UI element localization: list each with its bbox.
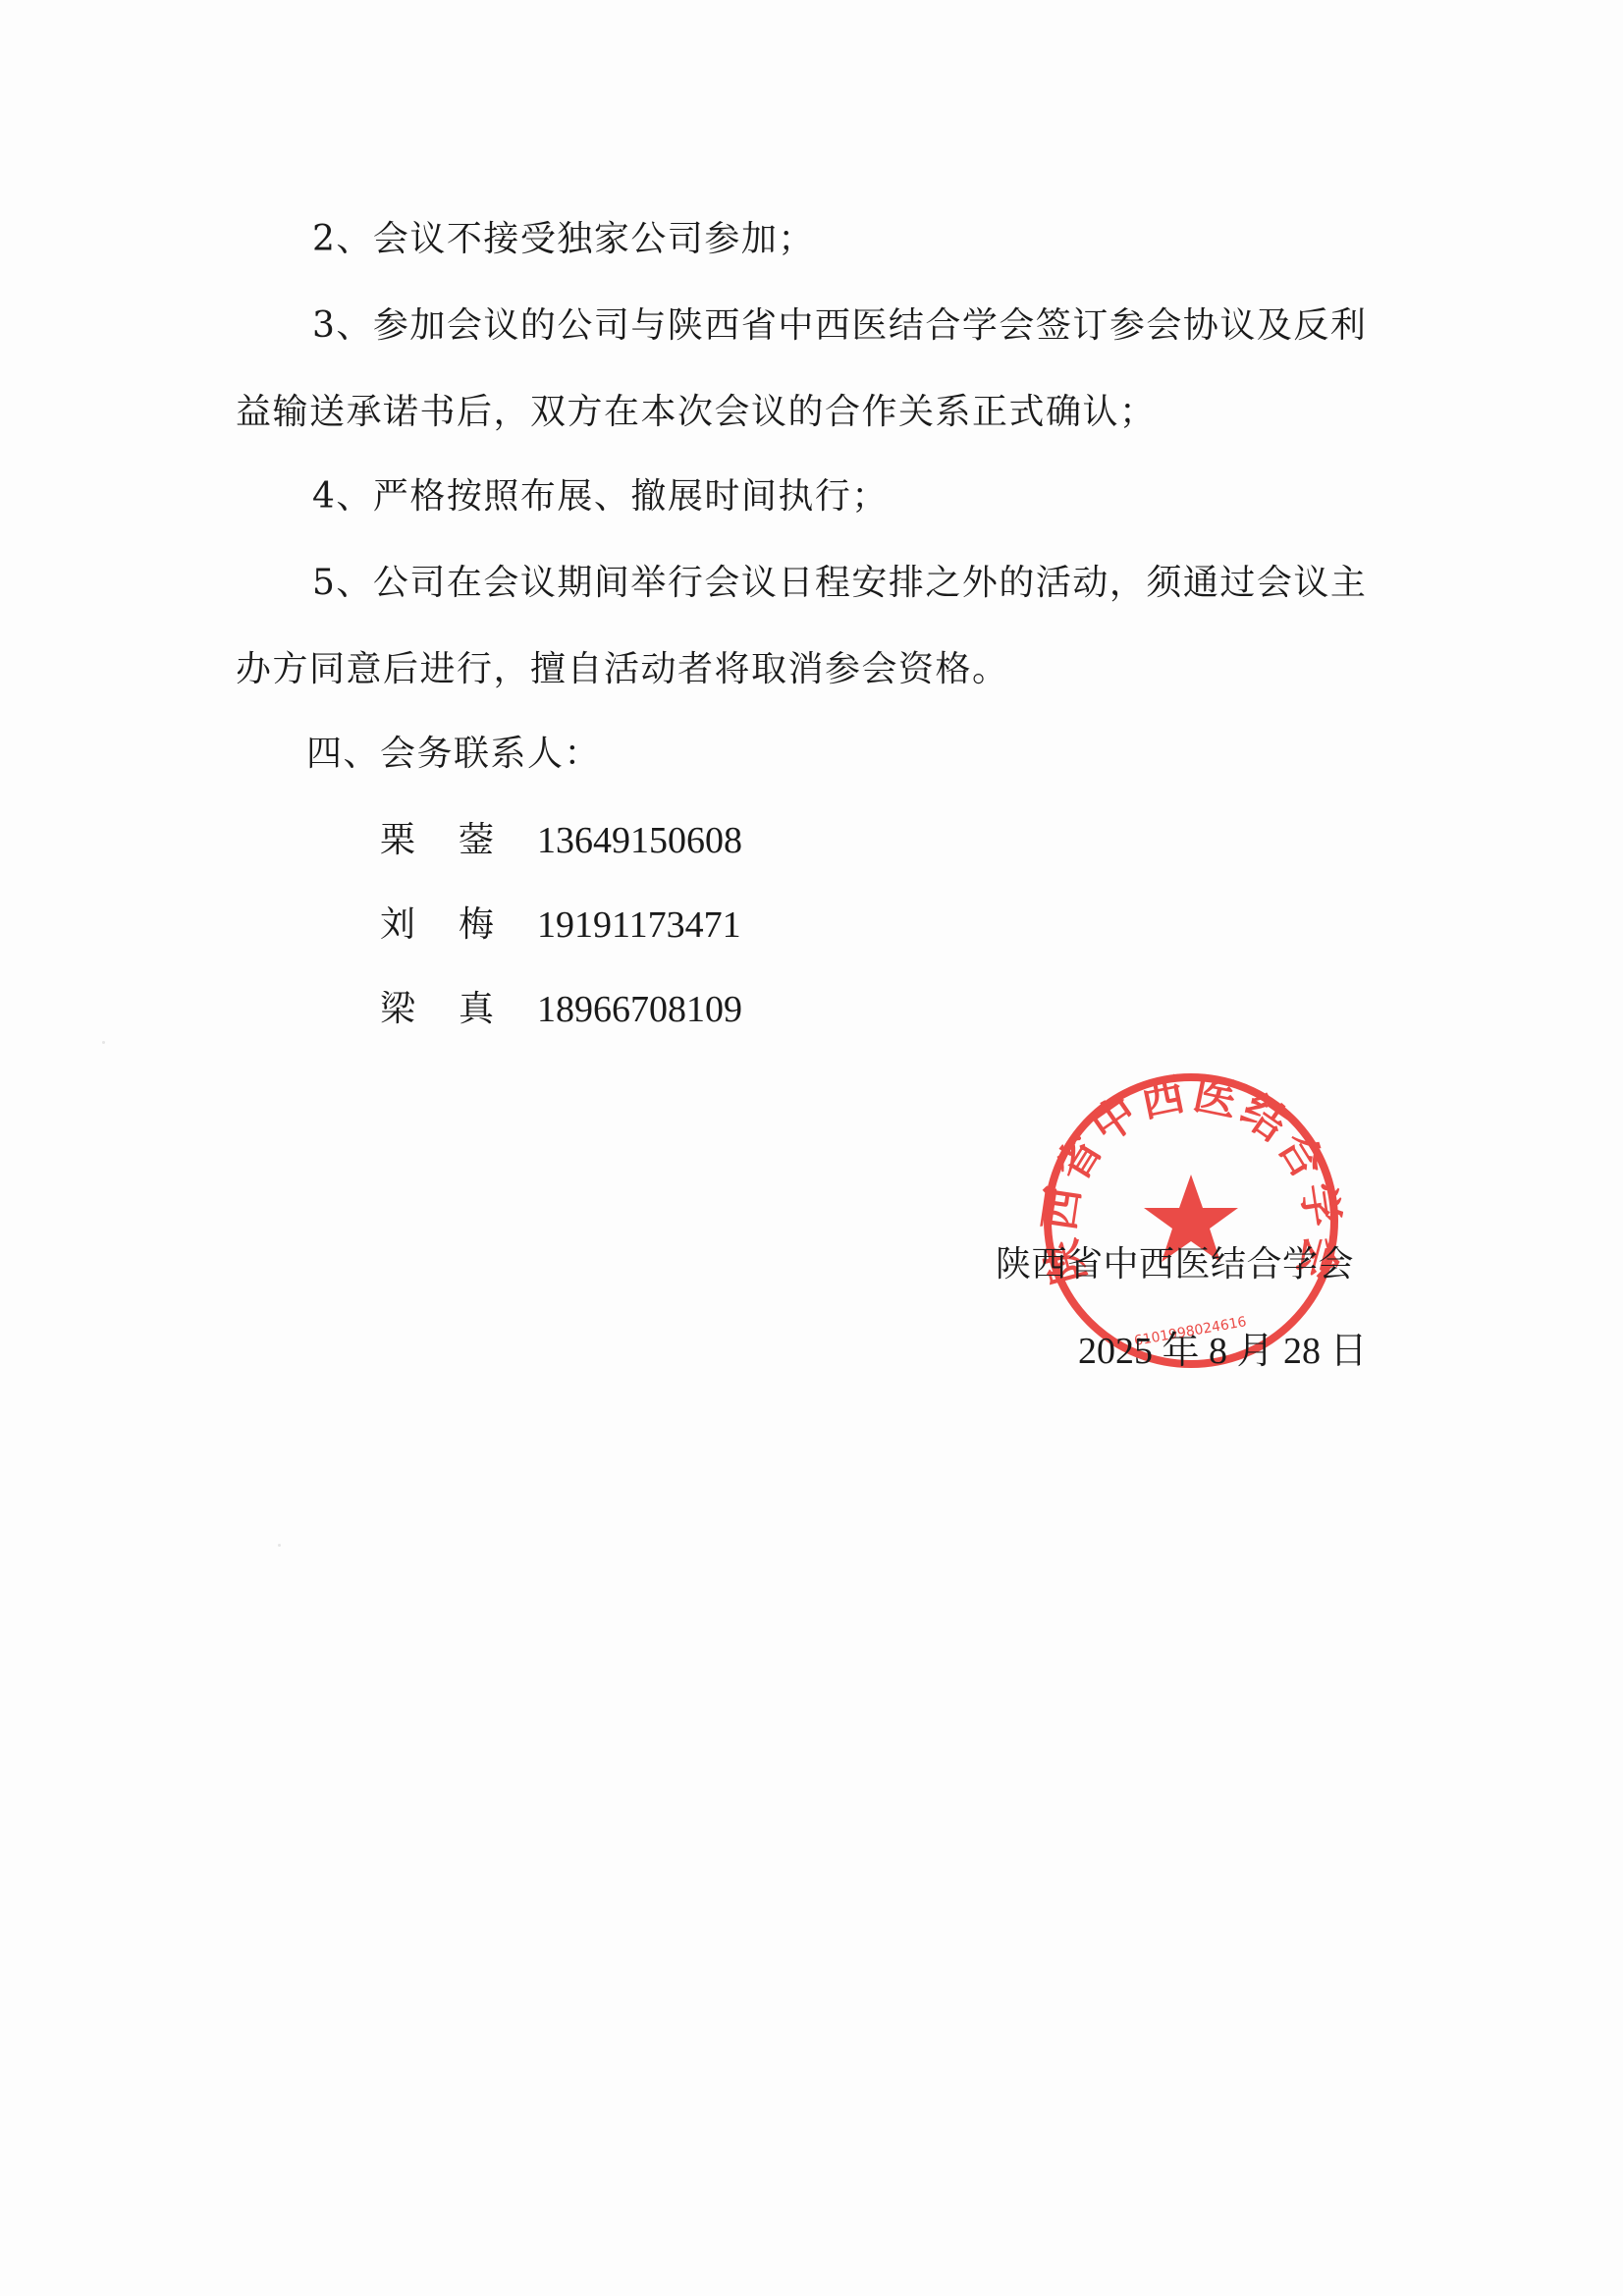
contact-given-name: 梅 [459, 903, 494, 947]
item-2-line-1: 2、会议不接受独家公司参加； [312, 218, 815, 261]
official-seal-stamp: 陕西省中西医结合学会 6101998024616 [1039, 1068, 1343, 1373]
contact-surname: 刘 [380, 903, 415, 947]
contact-phone: 19191173471 [537, 903, 741, 947]
item-3-line-1: 3、参加会议的公司与陕西省中西医结合学会签订参会协议及反利 [312, 304, 1367, 348]
section-heading-contacts: 四、会务联系人： [306, 733, 601, 776]
contact-given-name: 蓥 [459, 819, 494, 862]
signature-date: 2025 年 8 月 28 日 [1078, 1330, 1368, 1373]
contact-given-name: 真 [459, 988, 494, 1031]
item-3-line-2: 益输送承诺书后，双方在本次会议的合作关系正式确认； [236, 391, 1157, 434]
document-page: 2、会议不接受独家公司参加； 3、参加会议的公司与陕西省中西医结合学会签订参会协… [0, 0, 1623, 2296]
scan-speck [278, 1544, 281, 1547]
contact-surname: 梁 [380, 988, 415, 1031]
scan-speck [102, 1041, 105, 1044]
signature-organization: 陕西省中西医结合学会 [996, 1243, 1354, 1286]
contact-surname: 栗 [380, 819, 415, 862]
item-5-line-1: 5、公司在会议期间举行会议日程安排之外的活动，须通过会议主 [312, 562, 1367, 605]
item-5-line-2: 办方同意后进行，擅自活动者将取消参会资格。 [236, 648, 1009, 691]
contact-phone: 13649150608 [537, 819, 742, 862]
item-4-line-1: 4、严格按照布展、撤展时间执行； [312, 475, 889, 519]
contact-phone: 18966708109 [537, 988, 742, 1031]
